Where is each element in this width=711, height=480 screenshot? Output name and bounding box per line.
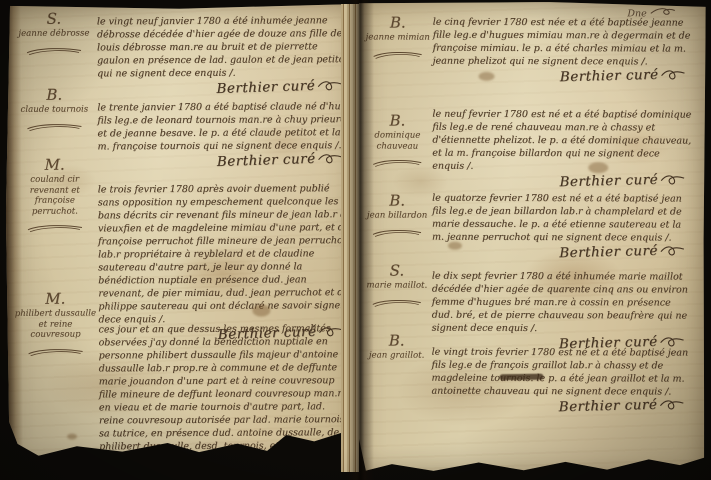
paper-stain [147, 445, 161, 452]
margin-flourish-icon [11, 40, 97, 59]
book-gutter-shadow [346, 0, 374, 480]
paper-stain [448, 242, 462, 250]
paper-stain [252, 305, 270, 317]
register-record: le vingt neuf janvier 1780 a été inhumée… [97, 14, 351, 97]
margin-name: philibert dussaulle et reine couvresoup [12, 308, 98, 340]
signature-text: Berthier curé [558, 397, 657, 415]
margin-flourish-icon [11, 116, 97, 135]
margin-initial: S. [11, 11, 97, 26]
margin-entry: M. philibert dussaulle et reine couvreso… [12, 291, 98, 360]
margin-initial: B. [11, 87, 97, 102]
record-body: le cinq fevrier 1780 est née et a été ba… [433, 16, 695, 69]
register-record: le quatorze fevrier 1780 est né et a été… [432, 192, 694, 262]
priest-signature: Berthier curé [99, 463, 353, 480]
record-body: le vingt neuf janvier 1780 a été inhumée… [97, 14, 351, 80]
signature-paraph-icon [660, 67, 686, 82]
signature-text: Berthier curé [218, 464, 317, 480]
signature-text: Berthier curé [217, 151, 316, 170]
signature-text: Berthier curé [560, 67, 659, 85]
priest-signature: Berthier curé [432, 242, 694, 264]
signature-paraph-icon [317, 78, 343, 93]
margin-name: jeanne débrosse [11, 28, 97, 39]
signature-paraph-icon [660, 243, 686, 258]
margin-initial: M. [12, 291, 98, 306]
paper-stain [588, 162, 608, 173]
signature-paraph-icon [317, 151, 343, 166]
priest-signature: Berthier curé [432, 171, 694, 193]
register-record: ces jour et an que dessus les mesmes for… [98, 322, 353, 480]
margin-flourish-icon [12, 217, 98, 236]
margin-flourish-icon [13, 341, 99, 360]
register-record: le neuf fevrier 1780 est né et a été bap… [432, 108, 694, 191]
paper-stain [67, 434, 77, 440]
margin-entry: B. claude tournois [11, 87, 97, 135]
record-body: le vingt trois fevrier 1780 est né et a … [431, 346, 693, 399]
record-body: le trente janvier 1780 a été baptisé cla… [97, 100, 351, 153]
signature-paraph-icon [660, 172, 686, 187]
corner-flourish-icon [650, 6, 676, 16]
priest-signature: Berthier curé [432, 66, 694, 88]
left-page: S. jeanne débrosse B. claude tournois M.… [5, 4, 356, 468]
ink-strikethrough [499, 374, 543, 381]
manuscript-scan: S. jeanne débrosse B. claude tournois M.… [0, 0, 711, 480]
margin-name: couland cir revenant et françoise perruc… [12, 174, 98, 216]
paper-stain [479, 72, 495, 81]
signature-text: Berthier curé [216, 78, 315, 97]
register-record: le trente janvier 1780 a été baptisé cla… [97, 100, 351, 170]
signature-text: Berthier curé [559, 172, 658, 190]
record-body: ces jour et an que dessus les mesmes for… [98, 322, 353, 466]
register-record: le cinq fevrier 1780 est née et a été ba… [433, 16, 695, 86]
register-record: le trois fevrier 1780 après avoir duemen… [98, 182, 353, 343]
record-body: le dix sept fevrier 1780 a été inhumée m… [432, 270, 694, 336]
record-body: le neuf fevrier 1780 est né et a été bap… [432, 108, 694, 174]
register-record: le vingt trois fevrier 1780 est né et a … [431, 346, 693, 416]
right-page: Dne B. jeanne mimian B. dominique chauve… [357, 1, 706, 476]
record-body: le quatorze fevrier 1780 est né et a été… [432, 192, 694, 245]
margin-entry: M. couland cir revenant et françoise per… [12, 157, 98, 236]
signature-paraph-icon [659, 397, 685, 412]
margin-entry: S. jeanne débrosse [11, 11, 97, 59]
record-body: le trois fevrier 1780 après avoir duemen… [98, 182, 353, 326]
margin-name: claude tournois [11, 104, 97, 115]
margin-initial: M. [12, 157, 98, 172]
priest-signature: Berthier curé [431, 396, 693, 418]
register-record: le dix sept fevrier 1780 a été inhumée m… [432, 270, 694, 353]
signature-text: Berthier curé [559, 243, 658, 261]
